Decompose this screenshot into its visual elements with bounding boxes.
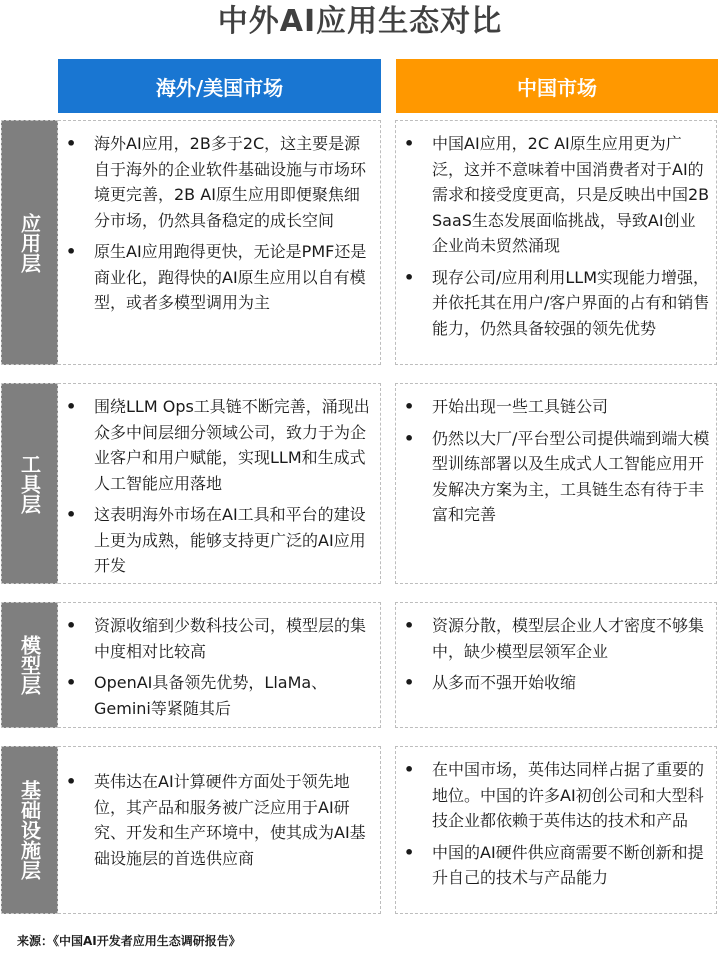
row-label-text: 工具层 — [19, 454, 41, 514]
bullet-item: •开始出现一些工具链公司 — [402, 394, 710, 420]
row-label-text: 应用层 — [19, 213, 41, 273]
row-label-model: 模型层 — [1, 602, 58, 728]
bullet-icon: • — [64, 239, 94, 316]
bullet-icon: • — [64, 131, 94, 233]
column-header-overseas: 海外/美国市场 — [58, 59, 381, 113]
cell-infrastructure-china: •在中国市场，英伟达同样占据了重要的地位。中国的许多AI初创公司和大型科技企业都… — [395, 746, 717, 914]
bullet-icon: • — [402, 131, 432, 259]
bullet-icon: • — [402, 840, 432, 891]
bullet-icon: • — [64, 394, 94, 496]
bullet-item: •海外AI应用，2B多于2C，这主要是源自于海外的企业软件基础设施与市场环境更完… — [64, 131, 374, 233]
row-label-application: 应用层 — [1, 120, 58, 365]
bullet-icon: • — [402, 757, 432, 834]
cell-application-overseas: •海外AI应用，2B多于2C，这主要是源自于海外的企业软件基础设施与市场环境更完… — [58, 120, 381, 365]
bullet-icon: • — [64, 769, 94, 871]
bullet-item: •从多而不强开始收缩 — [402, 670, 710, 696]
column-header-china: 中国市场 — [396, 59, 718, 113]
cell-model-overseas: •资源收缩到少数科技公司，模型层的集中度相对比较高 •OpenAI具备领先优势，… — [58, 602, 381, 728]
cell-infrastructure-overseas: •英伟达在AI计算硬件方面处于领先地位，其产品和服务被广泛应用于AI研究、开发和… — [58, 746, 381, 914]
row-label-text: 模型层 — [19, 635, 41, 695]
bullet-item: •中国AI应用，2C AI原生应用更为广泛，这并不意味着中国消费者对于AI的需求… — [402, 131, 710, 259]
row-label-infrastructure: 基础设施层 — [1, 746, 58, 914]
page-title: 中外AI应用生态对比 — [0, 2, 720, 42]
bullet-item: •中国的AI硬件供应商需要不断创新和提升自己的技术与产品能力 — [402, 840, 710, 891]
bullet-icon: • — [402, 613, 432, 664]
source-note: 来源：《中国AI开发者应用生态调研报告》 — [17, 932, 241, 949]
bullet-icon: • — [402, 670, 432, 696]
bullet-icon: • — [402, 394, 432, 420]
bullet-item: •现存公司/应用利用LLM实现能力增强，并依托其在用户/客户界面的占有和销售能力… — [402, 265, 710, 342]
bullet-item: •OpenAI具备领先优势，LlaMa、Gemini等紧随其后 — [64, 670, 374, 721]
bullet-icon: • — [402, 426, 432, 528]
bullet-icon: • — [402, 265, 432, 342]
bullet-icon: • — [64, 670, 94, 721]
bullet-item: •资源分散，模型层企业人才密度不够集中，缺少模型层领军企业 — [402, 613, 710, 664]
bullet-item: •仍然以大厂/平台型公司提供端到端大模型训练部署以及生成式人工智能应用开发解决方… — [402, 426, 710, 528]
cell-tools-overseas: •围绕LLM Ops工具链不断完善，涌现出众多中间层细分领域公司，致力于为企业客… — [58, 383, 381, 584]
bullet-icon: • — [64, 502, 94, 579]
cell-tools-china: •开始出现一些工具链公司 •仍然以大厂/平台型公司提供端到端大模型训练部署以及生… — [395, 383, 717, 584]
bullet-item: •围绕LLM Ops工具链不断完善，涌现出众多中间层细分领域公司，致力于为企业客… — [64, 394, 374, 496]
row-label-tools: 工具层 — [1, 383, 58, 584]
cell-model-china: •资源分散，模型层企业人才密度不够集中，缺少模型层领军企业 •从多而不强开始收缩 — [395, 602, 717, 728]
bullet-item: •原生AI应用跑得更快，无论是PMF还是商业化，跑得快的AI原生应用以自有模型，… — [64, 239, 374, 316]
bullet-icon: • — [64, 613, 94, 664]
bullet-item: •英伟达在AI计算硬件方面处于领先地位，其产品和服务被广泛应用于AI研究、开发和… — [64, 769, 374, 871]
bullet-item: •资源收缩到少数科技公司，模型层的集中度相对比较高 — [64, 613, 374, 664]
row-label-text: 基础设施层 — [19, 780, 41, 880]
bullet-item: •这表明海外市场在AI工具和平台的建设上更为成熟，能够支持更广泛的AI应用开发 — [64, 502, 374, 579]
cell-application-china: •中国AI应用，2C AI原生应用更为广泛，这并不意味着中国消费者对于AI的需求… — [395, 120, 717, 365]
bullet-item: •在中国市场，英伟达同样占据了重要的地位。中国的许多AI初创公司和大型科技企业都… — [402, 757, 710, 834]
